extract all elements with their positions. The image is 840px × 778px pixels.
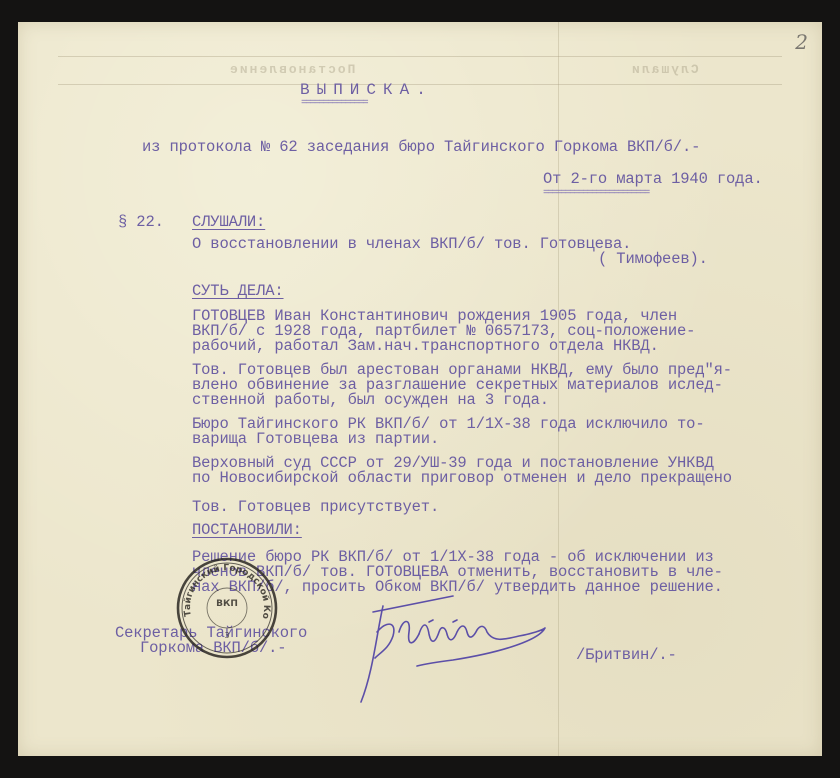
essence-p1-l3: рабочий, работал Зам.нач.транспортного о… (192, 339, 659, 354)
date-double-underline: ======================== (543, 190, 649, 198)
handwritten-signature-icon (353, 592, 573, 712)
essence-p2-l3: ственной работы, был осужден на 3 года. (192, 393, 549, 408)
signatory-name: /Бритвин/.- (576, 648, 677, 663)
essence-p5-l1: Тов. Готовцев присутствует. (192, 500, 439, 515)
bleed-through-header-right: Слушали (630, 62, 699, 77)
meeting-date: От 2-го марта 1940 года. (543, 172, 763, 187)
protocol-subtitle: из протокола № 62 заседания бюро Тайгинс… (142, 140, 700, 155)
essence-p3-l2: варища Готовцева из партии. (192, 432, 439, 447)
page-number: 2 (795, 30, 808, 54)
svg-text:Тайгинский Городской Комитет: Тайгинский Городской Комитет (175, 556, 271, 620)
printed-rule-top (58, 56, 782, 57)
stamp-outer-text: Тайгинский Городской Комитет (175, 556, 271, 620)
official-seal-stamp-icon: Тайгинский Городской Комитет ВКП 3 (175, 556, 279, 660)
item-number: § 22. (118, 215, 164, 230)
resolved-label: ПОСТАНОВИЛИ: (192, 523, 302, 538)
bleed-through-header-left: Постановление (228, 62, 355, 77)
stamp-center-text: ВКП (216, 599, 238, 609)
stamp-bottom-text: 3 (224, 631, 229, 640)
essence-p4-l2: по Новосибирской области приговор отмене… (192, 471, 732, 486)
essence-label: СУТЬ ДЕЛА: (192, 284, 284, 299)
heard-text: О восстановлении в членах ВКП/б/ тов. Го… (192, 237, 631, 252)
document-sheet: Постановление Слушали 2 ВЫПИСКА. =======… (18, 22, 822, 756)
title-double-underline: =============== (301, 100, 367, 108)
heard-label: СЛУШАЛИ: (192, 215, 265, 230)
document-title: ВЫПИСКА. (300, 83, 433, 98)
heard-speaker: ( Тимофеев). (598, 252, 708, 267)
